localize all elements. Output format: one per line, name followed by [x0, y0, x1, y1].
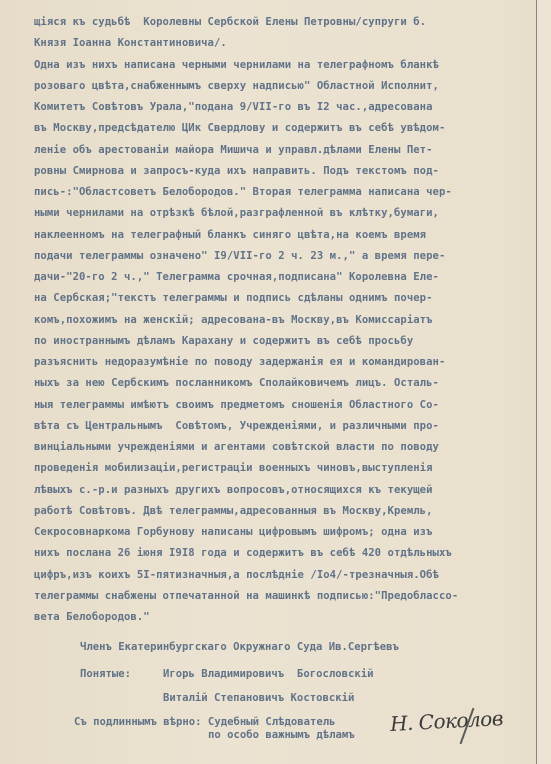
- handwritten-signature: Н. Соколов: [389, 706, 503, 736]
- text-line: винціальными учрежденіями и агентами сов…: [34, 437, 504, 458]
- text-line: наклеенномъ на телеграфный бланкъ синяго…: [34, 225, 504, 246]
- text-line: по иностраннымъ дѣламъ Карахану и содерж…: [34, 331, 504, 352]
- text-line: Секросовнаркома Горбунову написаны цифро…: [34, 522, 504, 543]
- witness-2-name: Виталій Степановичъ Костовскій: [163, 692, 354, 704]
- text-line: ныя телеграммы имѣютъ своимъ предметомъ …: [34, 395, 504, 416]
- text-line: цифръ,изъ коихъ 5I-пятизначныя,а послѣдн…: [34, 565, 504, 586]
- page-fold-line: [536, 0, 537, 764]
- text-line: телеграммы снабжены отпечатанной на маши…: [34, 586, 504, 607]
- text-line: Князя Іоанна Константиновича/.: [34, 33, 504, 54]
- text-line: дачи-"20-го 2 ч.," Телеграмма срочная,по…: [34, 267, 504, 288]
- text-line: на Сербская;"текстъ телеграммы и подпись…: [34, 288, 504, 309]
- text-line: розоваго цвѣта,снабженнымъ сверху надпис…: [34, 76, 504, 97]
- text-line: ныхъ за нею Сербскимъ посланникомъ Спола…: [34, 373, 504, 394]
- text-line: въ Москву,предсѣдателю ЦИк Свердлову и с…: [34, 118, 504, 139]
- text-line: щіяся къ судьбѣ Королевны Сербской Елены…: [34, 12, 504, 33]
- text-line: Одна изъ нихъ написана черными чернилами…: [34, 55, 504, 76]
- typewritten-body: щіяся къ судьбѣ Королевны Сербской Елены…: [34, 12, 504, 628]
- page-edge-strip: [537, 0, 551, 764]
- court-member-line: Членъ Екатеринбургскаго Окружнаго Суда И…: [80, 641, 399, 653]
- text-line: Комитетъ Совѣтовъ Урала,"подана 9/VII-го…: [34, 97, 504, 118]
- text-line: подачи телеграммы означено" I9/VII-го 2 …: [34, 246, 504, 267]
- witness-1-name: Игорь Владимировичъ Богословскій: [163, 668, 373, 680]
- investigator-title-line: по особо важнымъ дѣламъ: [208, 729, 355, 741]
- text-line: вѣта съ Центральнымъ Совѣтомъ, Учреждені…: [34, 416, 504, 437]
- witnesses-label: Понятые:: [80, 668, 131, 680]
- text-line: проведенія мобилизаціи,регистраціи военн…: [34, 458, 504, 479]
- text-line: разъяснить недоразумѣніе по поводу задер…: [34, 352, 504, 373]
- text-line: лѣвыхъ с.-р.и разныхъ другихъ вопросовъ,…: [34, 480, 504, 501]
- text-line: работѣ Совѣтовъ. Двѣ телеграммы,адресова…: [34, 501, 504, 522]
- text-line: ными чернилами на отрѣзкѣ бѣлой,разграфл…: [34, 203, 504, 224]
- text-line: ровны Смирнова и запросъ-куда ихъ направ…: [34, 161, 504, 182]
- text-line: комъ,похожимъ на женскій; адресована-въ …: [34, 310, 504, 331]
- certified-true-line: Съ подлиннымъ вѣрно: Судебный Слѣдовател…: [74, 716, 336, 728]
- text-line: вета Белобородов.": [34, 607, 504, 628]
- text-line: пись-:"Областсоветъ Белобородов." Вторая…: [34, 182, 504, 203]
- scanned-document-page: щіяся къ судьбѣ Королевны Сербской Елены…: [0, 0, 551, 764]
- text-line: леніе объ арестованіи майора Мишича и уп…: [34, 140, 504, 161]
- text-line: нихъ послана 26 іюня I9I8 года и содержи…: [34, 543, 504, 564]
